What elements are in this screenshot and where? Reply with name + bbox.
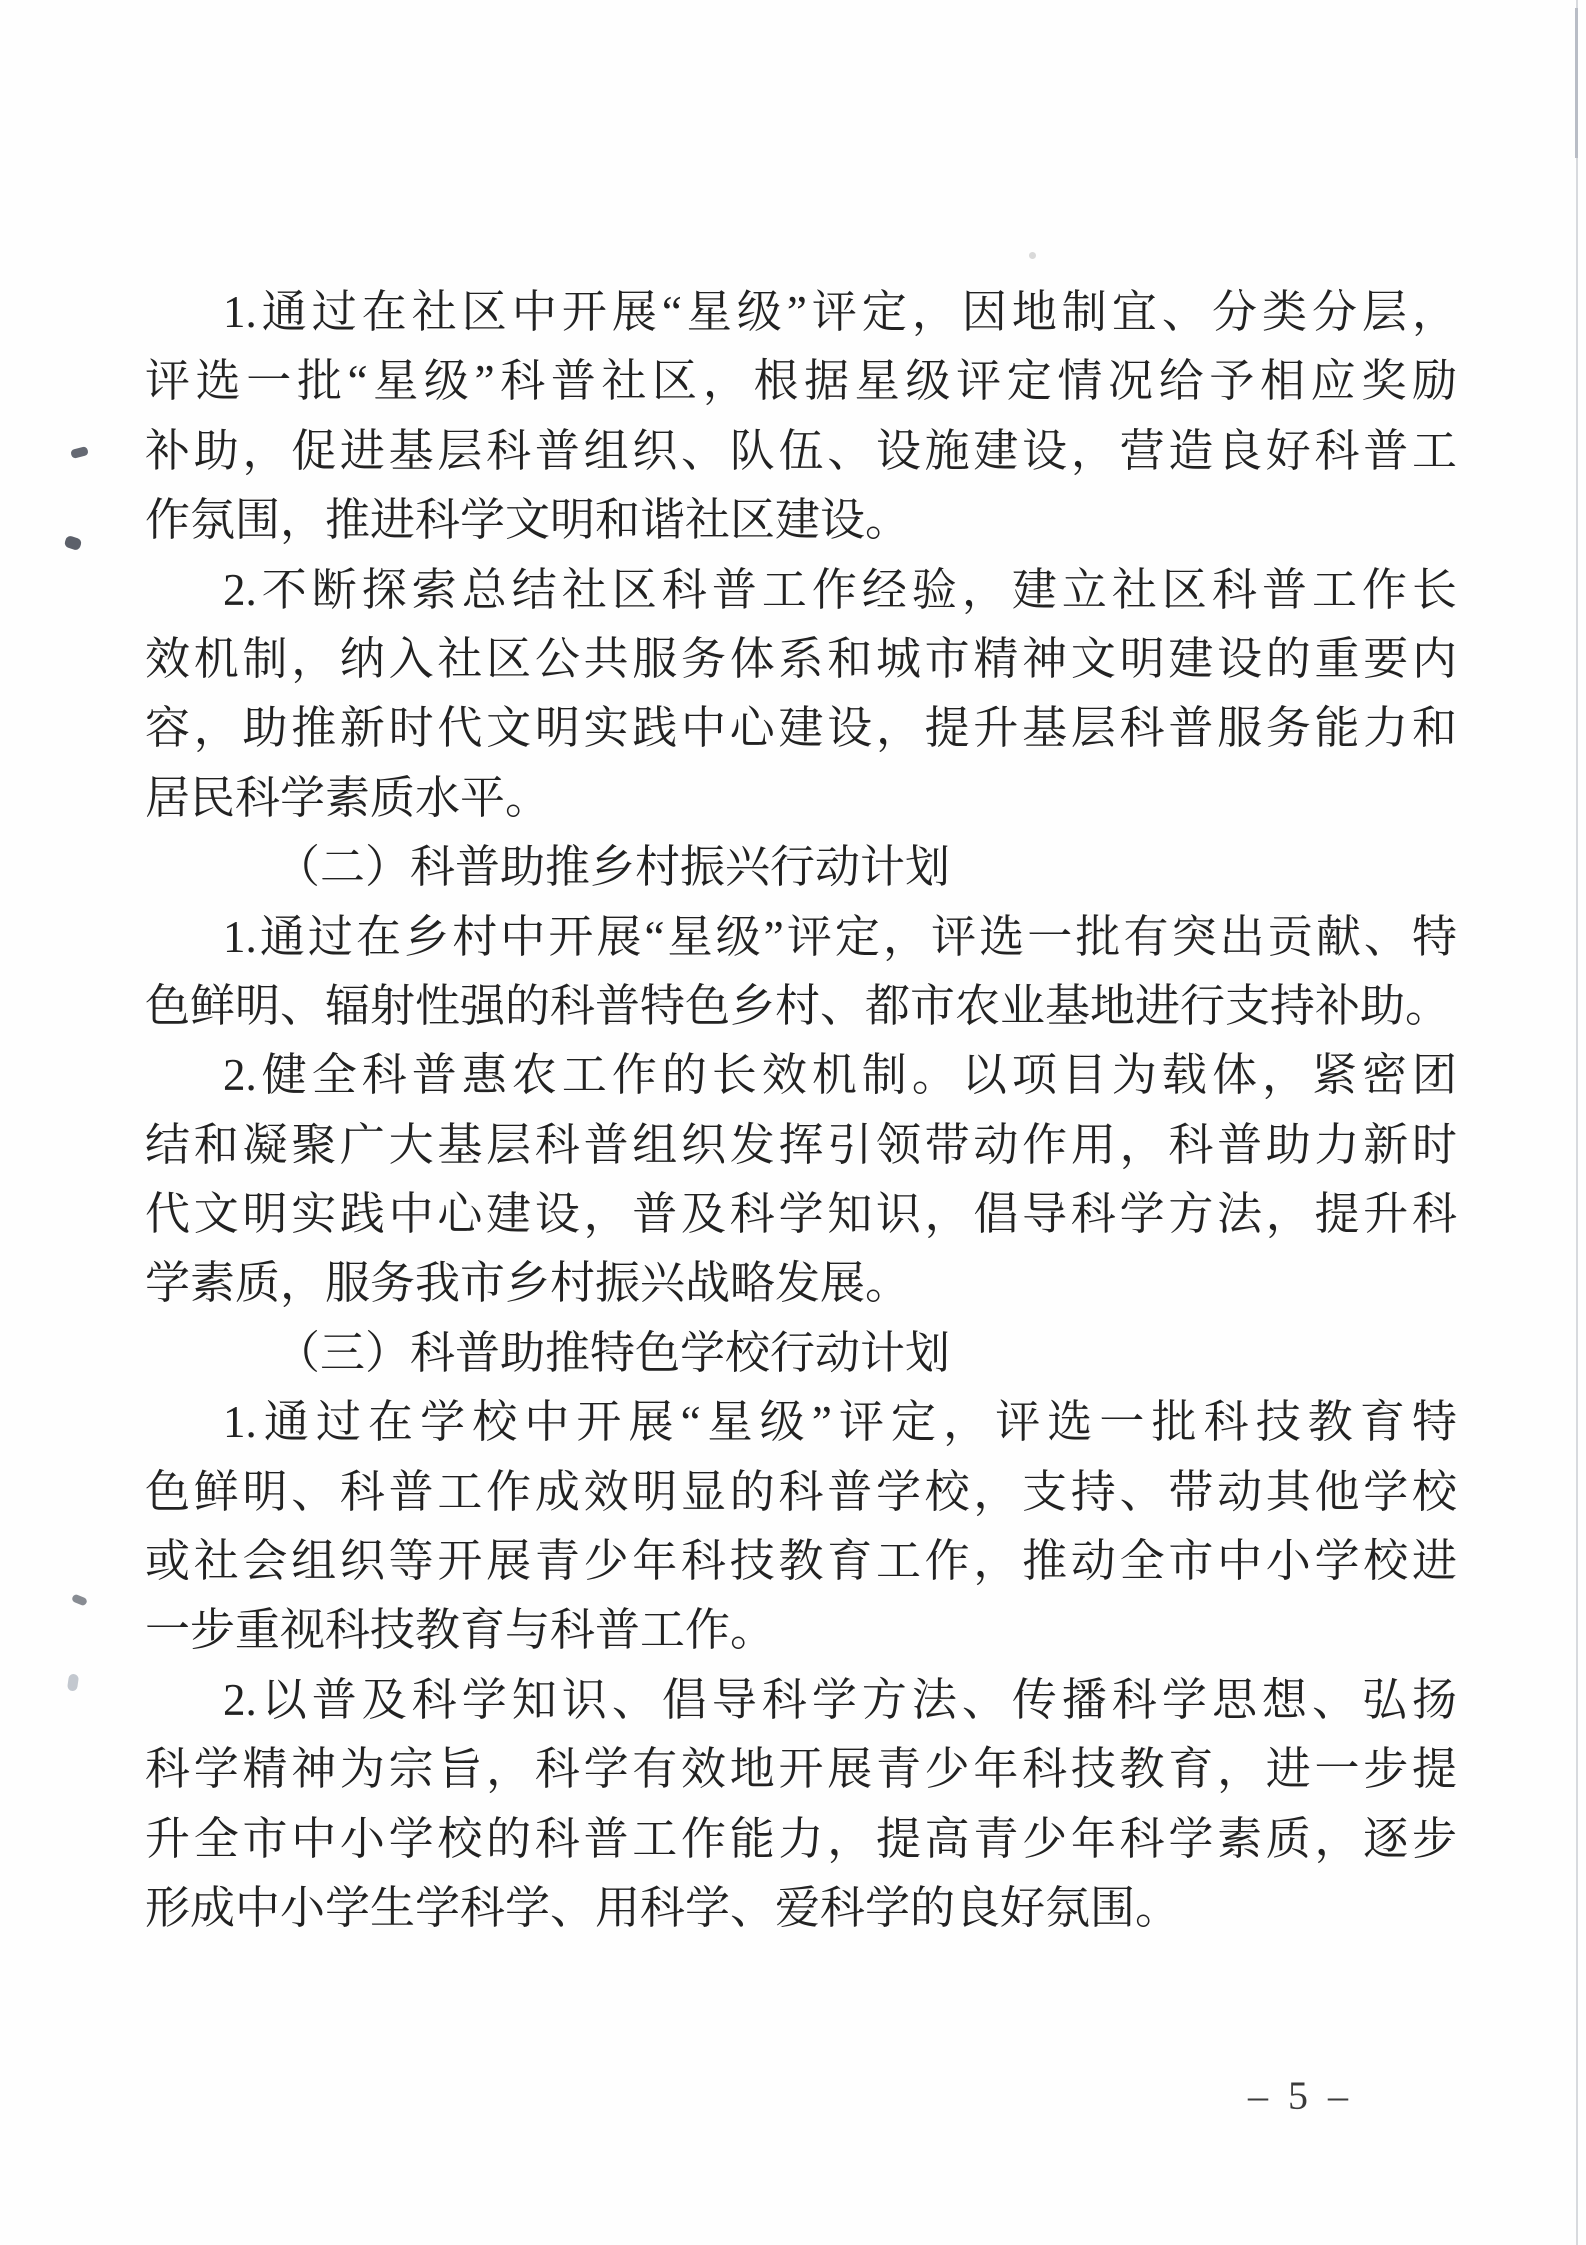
text-line: 或社会组织等开展青少年科技教育工作，推动全市中小学校进 bbox=[145, 1527, 1457, 1596]
text-line: 代文明实践中心建设，普及科学知识，倡导科学方法，提升科 bbox=[145, 1180, 1457, 1249]
ink-mark bbox=[64, 535, 83, 551]
text-line: 形成中小学生学科学、用科学、爱科学的良好氛围。 bbox=[145, 1874, 1457, 1943]
scan-edge-line bbox=[1576, 0, 1578, 2245]
paragraph: 2.以普及科学知识、倡导科学方法、传播科学思想、弘扬科学精神为宗旨，科学有效地开… bbox=[145, 1666, 1457, 1944]
paragraph: 1.通过在学校中开展“星级”评定，评选一批科技教育特色鲜明、科普工作成效明显的科… bbox=[145, 1388, 1457, 1666]
text-line: 2.不断探索总结社区科普工作经验，建立社区科普工作长 bbox=[145, 556, 1457, 625]
text-line: 一步重视科技教育与科普工作。 bbox=[145, 1596, 1457, 1665]
text-line: 1.通过在乡村中开展“星级”评定，评选一批有突出贡献、特 bbox=[145, 903, 1457, 972]
text-line: 评选一批“星级”科普社区，根据星级评定情况给予相应奖励 bbox=[145, 347, 1457, 416]
text-line: 2.健全科普惠农工作的长效机制。以项目为载体，紧密团 bbox=[145, 1041, 1457, 1110]
text-line: 结和凝聚广大基层科普组织发挥引领带动作用，科普助力新时 bbox=[145, 1111, 1457, 1180]
ink-mark bbox=[67, 1673, 79, 1691]
text-line: 色鲜明、科普工作成效明显的科普学校，支持、带动其他学校 bbox=[145, 1458, 1457, 1527]
document-page: 1.通过在社区中开展“星级”评定，因地制宜、分类分层，评选一批“星级”科普社区，… bbox=[0, 0, 1586, 2245]
paragraph: 1.通过在社区中开展“星级”评定，因地制宜、分类分层，评选一批“星级”科普社区，… bbox=[145, 278, 1457, 556]
text-line: 科学精神为宗旨，科学有效地开展青少年科技教育，进一步提 bbox=[145, 1735, 1457, 1804]
text-line: 居民科学素质水平。 bbox=[145, 764, 1457, 833]
paragraph: 1.通过在乡村中开展“星级”评定，评选一批有突出贡献、特色鲜明、辐射性强的科普特… bbox=[145, 903, 1457, 1042]
text-line: 效机制，纳入社区公共服务体系和城市精神文明建设的重要内 bbox=[145, 625, 1457, 694]
text-line: （三）科普助推特色学校行动计划 bbox=[145, 1319, 1457, 1388]
ink-mark bbox=[70, 446, 89, 459]
text-line: 色鲜明、辐射性强的科普特色乡村、都市农业基地进行支持补助。 bbox=[145, 972, 1457, 1041]
scan-edge-line-top bbox=[1575, 8, 1578, 158]
section-heading: （二）科普助推乡村振兴行动计划 bbox=[145, 833, 1457, 902]
ink-mark bbox=[71, 1593, 88, 1606]
section-heading: （三）科普助推特色学校行动计划 bbox=[145, 1319, 1457, 1388]
text-line: 2.以普及科学知识、倡导科学方法、传播科学思想、弘扬 bbox=[145, 1666, 1457, 1735]
text-line: 1.通过在社区中开展“星级”评定，因地制宜、分类分层， bbox=[145, 278, 1457, 347]
text-line: 作氛围，推进科学文明和谐社区建设。 bbox=[145, 486, 1457, 555]
text-line: （二）科普助推乡村振兴行动计划 bbox=[145, 833, 1457, 902]
text-line: 补助，促进基层科普组织、队伍、设施建设，营造良好科普工 bbox=[145, 417, 1457, 486]
document-body: 1.通过在社区中开展“星级”评定，因地制宜、分类分层，评选一批“星级”科普社区，… bbox=[145, 278, 1457, 1943]
text-line: 容，助推新时代文明实践中心建设，提升基层科普服务能力和 bbox=[145, 694, 1457, 763]
page-number: – 5 – bbox=[1248, 2072, 1488, 2119]
scan-dot bbox=[1029, 252, 1036, 259]
paragraph: 2.不断探索总结社区科普工作经验，建立社区科普工作长效机制，纳入社区公共服务体系… bbox=[145, 556, 1457, 834]
text-line: 升全市中小学校的科普工作能力，提高青少年科学素质，逐步 bbox=[145, 1805, 1457, 1874]
text-line: 1.通过在学校中开展“星级”评定，评选一批科技教育特 bbox=[145, 1388, 1457, 1457]
paragraph: 2.健全科普惠农工作的长效机制。以项目为载体，紧密团结和凝聚广大基层科普组织发挥… bbox=[145, 1041, 1457, 1319]
text-line: 学素质，服务我市乡村振兴战略发展。 bbox=[145, 1249, 1457, 1318]
